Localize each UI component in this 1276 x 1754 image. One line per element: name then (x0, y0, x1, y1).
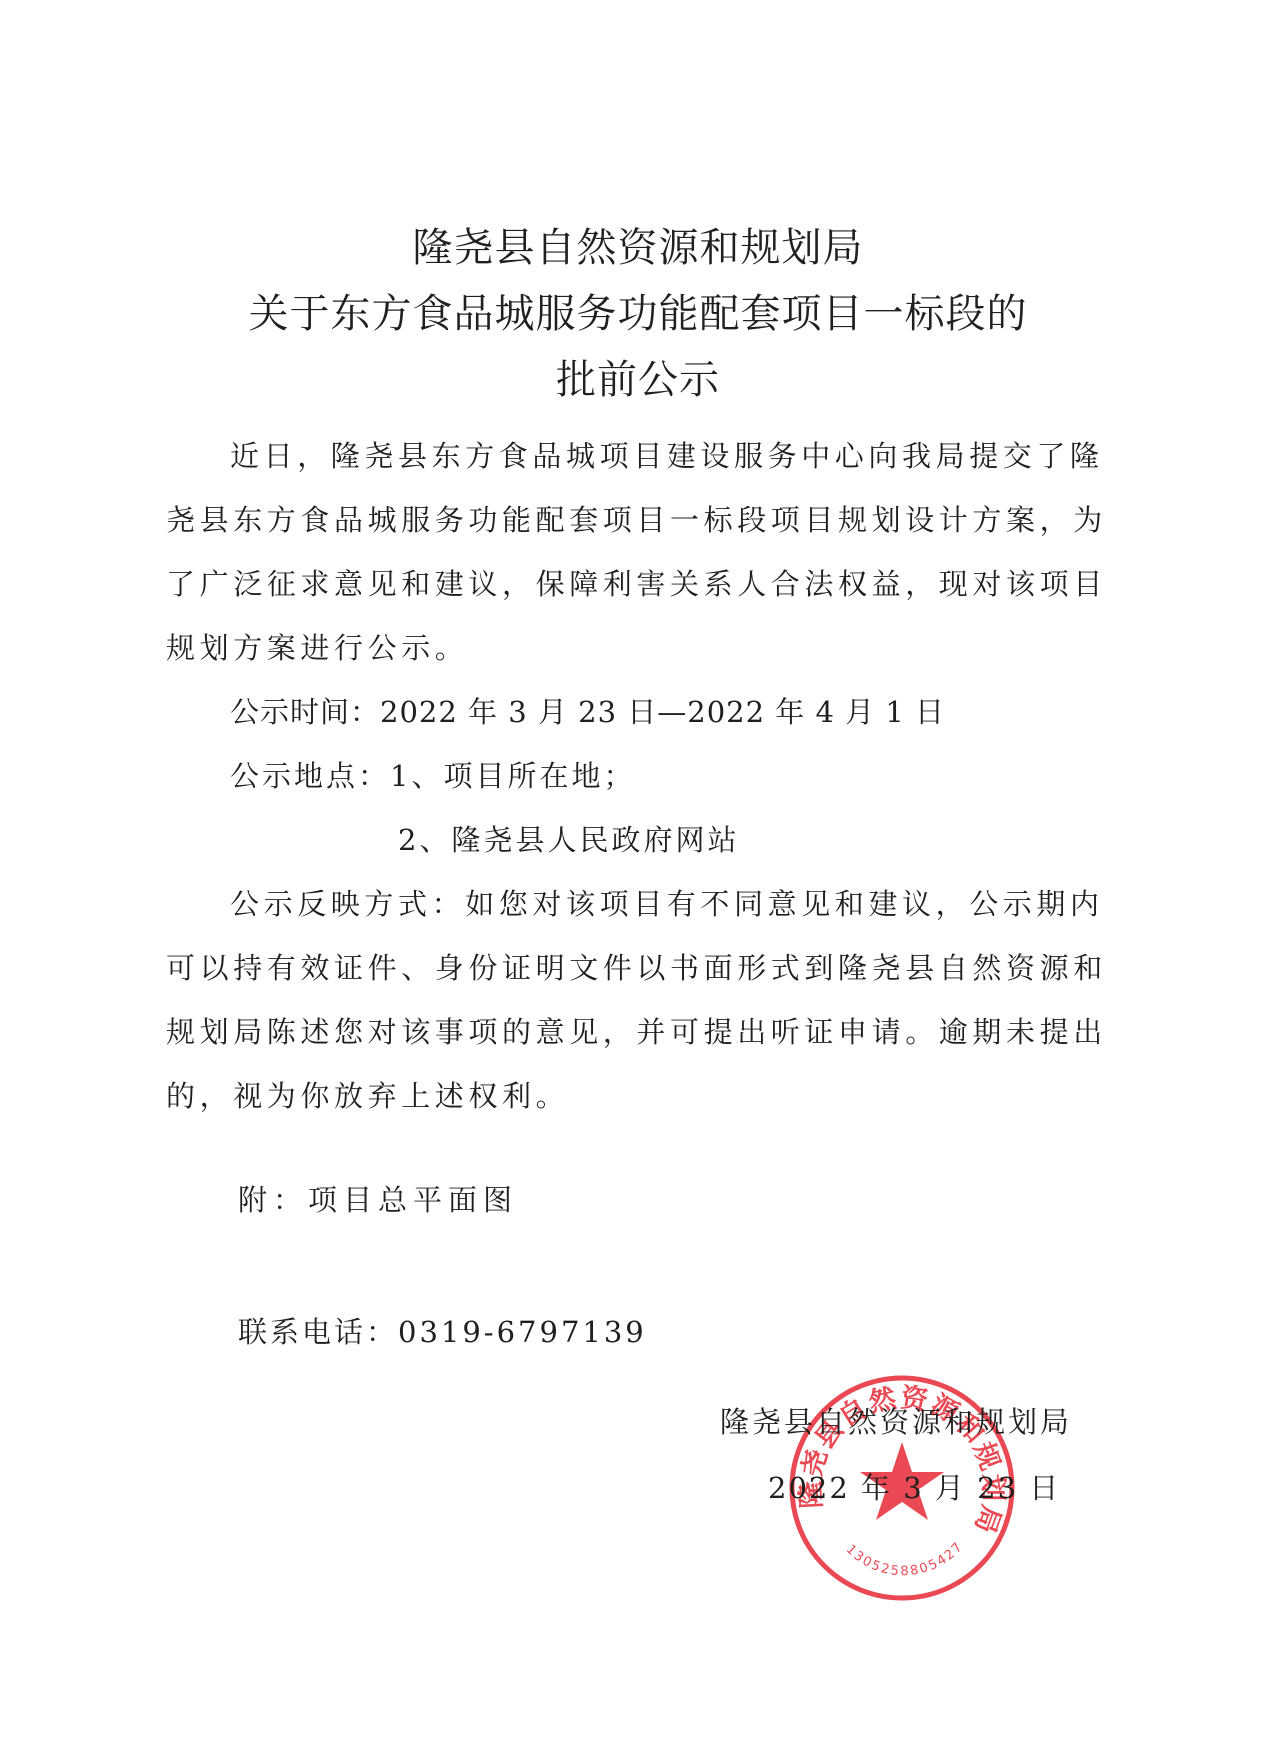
seal-serial: 1305258805427 (843, 1539, 967, 1579)
title-line-1: 隆尧县自然资源和规划局 (0, 228, 1276, 268)
feedback-line-3: 规划局陈述您对该事项的意见，并可提出听证申请。逾期未提出 (166, 1018, 1107, 1047)
signature-date: 2022 年 3 月 23 日 (768, 1474, 1060, 1503)
feedback-line-4: 的，视为你放弃上述权利。 (166, 1082, 569, 1111)
svg-text:1305258805427: 1305258805427 (843, 1539, 967, 1579)
title-line-3: 批前公示 (0, 360, 1276, 400)
intro-line-4: 规划方案进行公示。 (166, 634, 468, 663)
document-page: 隆尧县自然资源和规划局 关于东方食品城服务功能配套项目一标段的 批前公示 近日，… (0, 0, 1276, 1754)
publicity-period: 公示时间：2022 年 3 月 23 日—2022 年 4 月 1 日 (230, 698, 945, 727)
title-line-2: 关于东方食品城服务功能配套项目一标段的 (0, 294, 1276, 334)
publicity-location-2: 2、隆尧县人民政府网站 (398, 826, 739, 855)
intro-line-3: 了广泛征求意见和建议，保障利害关系人合法权益，现对该项目 (166, 570, 1107, 599)
contact-phone: 联系电话：0319-6797139 (238, 1318, 647, 1347)
feedback-line-1: 公示反映方式：如您对该项目有不同意见和建议，公示期内 (230, 890, 1104, 919)
publicity-location-1: 公示地点：1、项目所在地； (230, 762, 635, 791)
signature-org: 隆尧县自然资源和规划局 (720, 1408, 1072, 1437)
feedback-line-2: 可以持有效证件、身份证明文件以书面形式到隆尧县自然资源和 (166, 954, 1107, 983)
attachment-note: 附：项目总平面图 (238, 1186, 518, 1215)
intro-line-2: 尧县东方食品城服务功能配套项目一标段项目规划设计方案，为 (166, 506, 1107, 535)
intro-line-1: 近日，隆尧县东方食品城项目建设服务中心向我局提交了隆 (230, 442, 1104, 471)
